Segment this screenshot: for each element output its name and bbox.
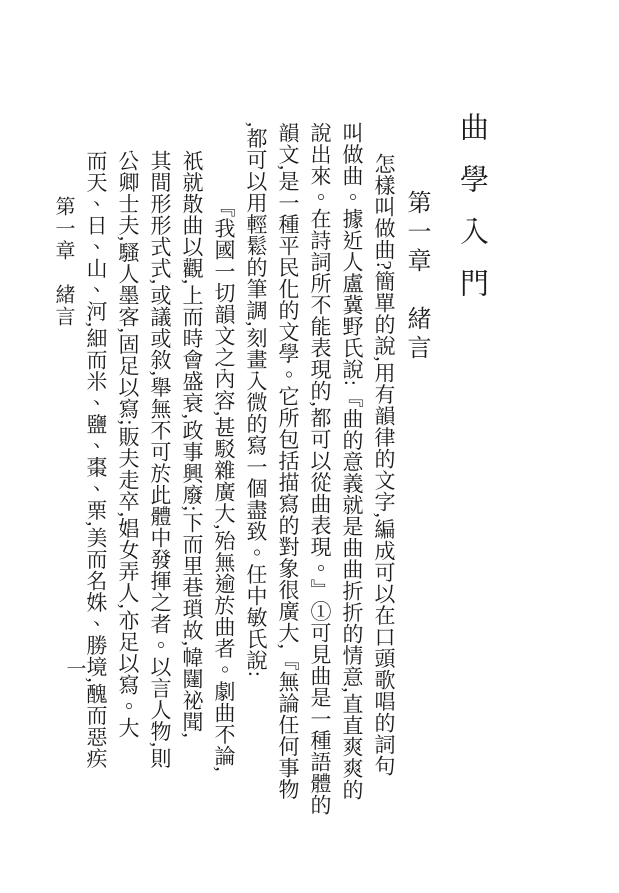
book-title: 曲學入門 (452, 112, 493, 320)
running-title: 第一章 緒言 (49, 196, 78, 328)
body-column: 祇就散曲以觀,上而時會盛衰,政事興廢;下而里巷瑣故,幃闥祕聞, (180, 150, 203, 738)
body-column: ,都可以用輕鬆的筆調,刻畫入微的寫一個盡致。任中敏氏說: (244, 122, 267, 677)
body-column: 叫做曲。據近人盧冀野氏說:『曲的意義就是曲曲折折的情意,直直爽爽的 (340, 122, 363, 801)
body-column: 『我國一切韻文之內容,甚駁雜廣大,殆無逾於曲者。劇曲不論, (212, 196, 235, 772)
chapter-title: 第一章 緒言 (399, 190, 434, 364)
body-column: 說出來。在詩詞所不能表現的,都可以從曲表現。』①可見曲是一種語體的 (308, 122, 331, 816)
body-column: 怎樣叫做曲?簡單的說,用有韻律的文字,編成可以在口頭歌唱的詞句 (372, 153, 395, 776)
body-column: 韻文,是一種平民化的文學。它所包括描寫的對象很廣大,『無論任何事物 (276, 122, 299, 800)
book-page: 曲學入門 第一章 緒言 怎樣叫做曲?簡單的說,用有韻律的文字,編成可以在口頭歌唱… (0, 0, 619, 893)
body-column: 其間形形式式,或議或敘,舉無不可於此體中發揮之者。以言人物,則 (148, 150, 171, 769)
page-number: 一 (60, 658, 89, 678)
body-column: 公卿士夫,騷人墨客,固足以寫;販夫走卒,娼女弄人,亦足以寫。大 (116, 150, 139, 738)
